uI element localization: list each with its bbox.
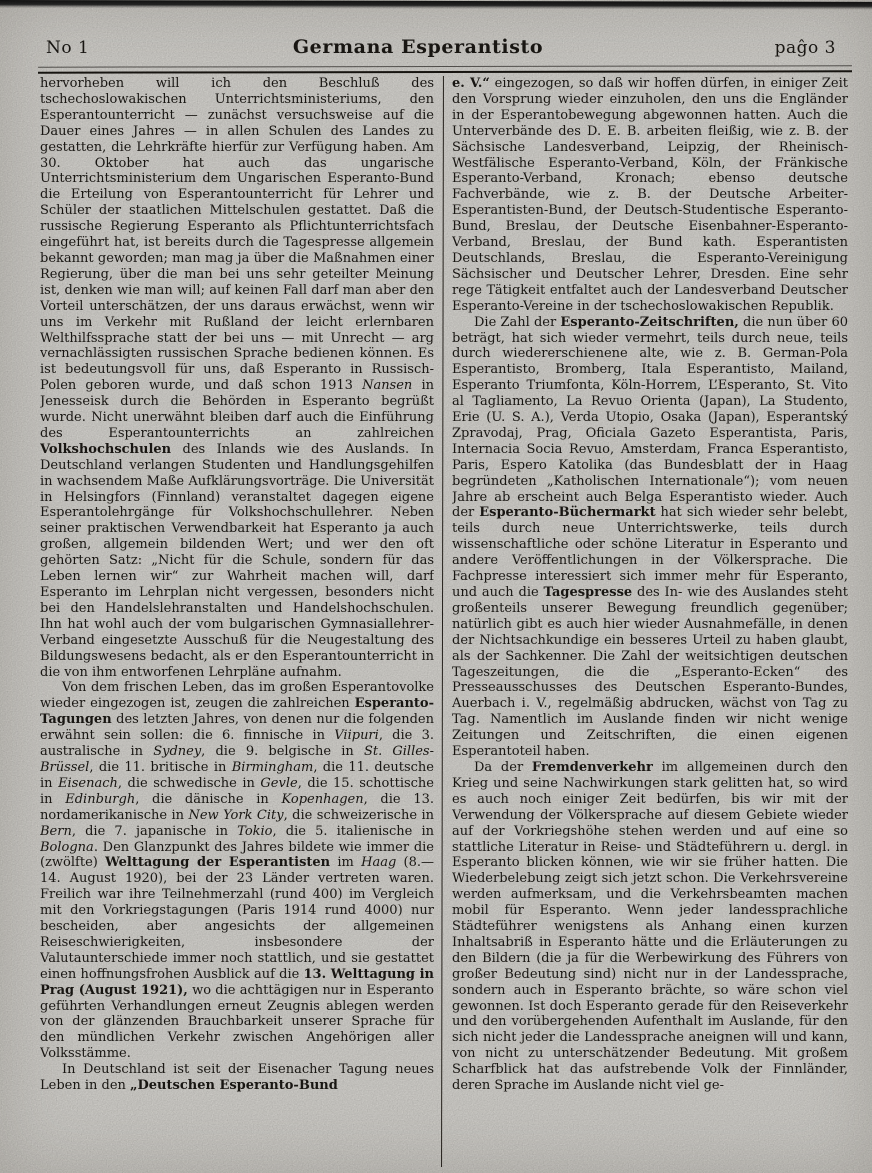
text-segment: die nun über 60 beträgt, hat sich wieder… (452, 315, 848, 521)
column-divider-rule (441, 76, 444, 1167)
text-segment: , die 5. italienische in (273, 824, 434, 839)
text-segment: Sydney (153, 744, 201, 759)
text-segment: des In- wie des Auslandes steht großente… (452, 585, 848, 759)
text-columns: hervorheben will ich den Beschluß des ts… (40, 76, 848, 1167)
text-segment: im (330, 855, 361, 870)
text-segment: , die 11. britische in (89, 760, 231, 775)
text-segment: des Inlands wie des Auslands. In Deutsch… (40, 442, 434, 680)
paragraph: Von dem frischen Leben, das im großen Es… (40, 680, 434, 1062)
text-segment: , die 9. belgische in (201, 744, 364, 759)
text-segment: Nansen (362, 378, 412, 393)
paragraph: Die Zahl der Esperanto-Zeitschriften, di… (452, 315, 848, 760)
right-column: e. V.“ eingezogen, so daß wir hoffen dür… (452, 76, 848, 1167)
issue-number: No 1 (46, 38, 89, 58)
paragraph: Da der Fremdenverkehr im allgemeinen dur… (452, 760, 848, 1094)
page-header: No 1 Germana Esperantisto paĝo 3 (46, 36, 836, 62)
text-segment: Die Zahl der (474, 315, 560, 330)
text-segment: , die dänische in (135, 792, 281, 807)
scanned-journal-page: No 1 Germana Esperantisto paĝo 3 hervorh… (0, 0, 872, 1173)
text-segment: Birmingham (232, 760, 314, 775)
journal-title: Germana Esperantisto (293, 36, 543, 58)
text-segment: , die schweizerische in (284, 808, 434, 823)
text-segment: , die 7. japanische in (72, 824, 237, 839)
text-segment: im allgemeinen durch den Krieg und seine… (452, 760, 848, 1093)
left-column: hervorheben will ich den Beschluß des ts… (40, 76, 434, 1167)
text-segment: e. V.“ (452, 76, 490, 91)
scan-edge-artifact (0, 0, 872, 10)
text-segment: Eisenach (58, 776, 118, 791)
text-segment: Bologna (40, 840, 94, 855)
text-segment: (8.—14. August 1920), bei der 23 Länder … (40, 855, 434, 981)
text-segment: „Deutschen Esperanto-Bund (130, 1078, 338, 1093)
text-segment: Kopenhagen (282, 792, 364, 807)
paragraph: hervorheben will ich den Beschluß des ts… (40, 76, 434, 680)
text-segment: Fremdenverkehr (532, 760, 653, 775)
header-rule (38, 65, 852, 73)
text-segment: Tokio (237, 824, 272, 839)
text-segment: Welttagung der Esperantisten (105, 855, 330, 870)
text-segment: New York City (188, 808, 283, 823)
text-segment: Haag (361, 855, 396, 870)
text-segment: Edinburgh (65, 792, 135, 807)
text-segment: Volkshochschulen (40, 442, 171, 457)
text-segment: Gevle (260, 776, 297, 791)
text-segment: Tagespresse (544, 585, 633, 600)
text-segment: , die schwedische in (118, 776, 261, 791)
paragraph: e. V.“ eingezogen, so daß wir hoffen dür… (452, 76, 848, 315)
paragraph: In Deutschland ist seit der Eisenacher T… (40, 1062, 434, 1094)
text-segment: eingezogen, so daß wir hoffen dürfen, in… (452, 76, 848, 314)
page-number: paĝo 3 (775, 38, 836, 58)
text-segment: Esperanto-Büchermarkt (479, 505, 655, 520)
text-segment: hervorheben will ich den Beschluß des ts… (40, 76, 434, 393)
text-segment: Bern (40, 824, 72, 839)
text-segment: Da der (474, 760, 532, 775)
text-segment: Esperanto-Zeitschriften, (560, 315, 738, 330)
text-segment: Viipuri (334, 728, 379, 743)
